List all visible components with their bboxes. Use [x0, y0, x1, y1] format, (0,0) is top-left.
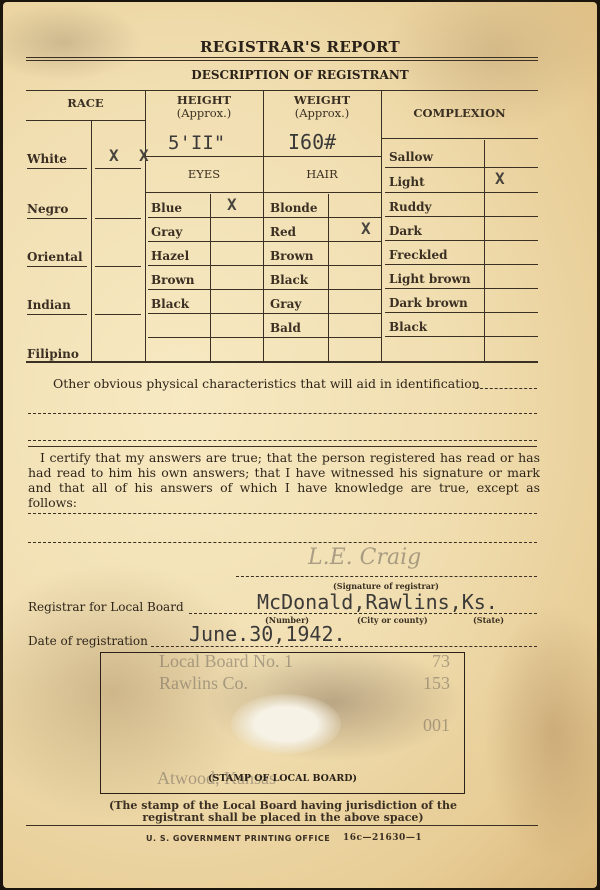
- eyes-black-label: Black: [151, 297, 189, 311]
- row-rule: [95, 314, 141, 315]
- local-board-value[interactable]: McDonald,Rawlins,Ks.: [257, 590, 498, 614]
- footer-rule: [26, 825, 538, 826]
- complexion-ruddy-label: Ruddy: [389, 200, 431, 214]
- eyes-header: EYES: [145, 168, 263, 181]
- hair-red-label: Red: [270, 225, 296, 239]
- eyes-blue-label: Blue: [151, 201, 182, 215]
- local-board-state-caption: (State): [473, 615, 504, 625]
- title-rule-bottom: [26, 60, 538, 61]
- eyes-hazel-label: Hazel: [151, 249, 189, 263]
- hair-red-mark: X: [361, 219, 371, 238]
- signature-line[interactable]: [236, 576, 537, 577]
- height-weight-rule: [145, 156, 381, 157]
- printing-office: U. S. GOVERNMENT PRINTING OFFICE: [146, 834, 330, 843]
- row-rule: [385, 216, 538, 217]
- complexion-mark-divider: [484, 140, 485, 361]
- section-subtitle: DESCRIPTION OF REGISTRANT: [3, 68, 597, 82]
- eyes-blue-mark: X: [227, 195, 237, 214]
- local-board-label: Registrar for Local Board: [28, 600, 184, 615]
- stamp-line-1-number: 73: [432, 651, 450, 672]
- complexion-header-rule: [381, 138, 538, 139]
- hair-blonde-label: Blonde: [270, 201, 317, 215]
- exceptions-line-2[interactable]: [28, 542, 537, 543]
- height-divider: [263, 90, 264, 361]
- document-title: REGISTRAR'S REPORT: [3, 38, 597, 56]
- race-oriental-label: Oriental: [27, 250, 83, 264]
- row-rule: [385, 264, 538, 265]
- table-bottom-border: [26, 361, 538, 363]
- row-rule: [95, 218, 141, 219]
- registrar-signature: L.E. Craig: [308, 545, 421, 570]
- stamp-line-2: Rawlins Co.: [159, 673, 248, 694]
- registration-date-line: [151, 646, 537, 647]
- section-rule: [28, 446, 537, 447]
- complexion-light-brown-label: Light brown: [389, 272, 471, 286]
- weight-value: I60#: [288, 130, 336, 154]
- complexion-light-label: Light: [389, 175, 425, 189]
- registrar-report-card: REGISTRAR'S REPORT DESCRIPTION OF REGIST…: [3, 2, 597, 888]
- eyes-brown-label: Brown: [151, 273, 195, 287]
- eyes-gray-label: Gray: [151, 225, 182, 239]
- hair-brown-label: Brown: [270, 249, 314, 263]
- race-white-mark: X: [109, 146, 119, 165]
- stamp-line-3-number: 001: [423, 715, 450, 736]
- race-header-rule: [26, 120, 145, 121]
- printing-code: 16c—21630—1: [343, 833, 422, 843]
- complexion-freckled-label: Freckled: [389, 248, 447, 262]
- race-filipino-label: Filipino: [27, 347, 79, 361]
- height-header: HEIGHT (Approx.): [145, 94, 263, 120]
- row-rule: [385, 192, 538, 193]
- row-rule: [95, 168, 141, 169]
- weight-header: WEIGHT (Approx.): [263, 94, 381, 120]
- registration-date-value[interactable]: June.30,1942.: [189, 622, 346, 646]
- row-rule: [148, 289, 381, 290]
- complexion-dark-brown-label: Dark brown: [389, 296, 468, 310]
- row-rule: [27, 218, 87, 219]
- hair-header: HAIR: [263, 168, 381, 181]
- complexion-header: COMPLEXION: [381, 107, 538, 120]
- hair-gray-label: Gray: [270, 297, 301, 311]
- race-negro-label: Negro: [27, 202, 68, 216]
- hair-mark-divider: [328, 194, 329, 361]
- eyes-mark-divider: [210, 194, 211, 361]
- other-characteristics-line-2[interactable]: [28, 413, 537, 414]
- row-rule: [385, 240, 538, 241]
- certification-text: I certify that my answers are true; that…: [28, 450, 540, 510]
- row-rule: [148, 337, 381, 338]
- race-mark-divider: [91, 120, 92, 361]
- height-value: 5'II": [168, 132, 225, 154]
- other-characteristics-field[interactable]: [475, 388, 537, 389]
- weight-divider: [381, 90, 382, 361]
- row-rule: [27, 314, 87, 315]
- race-indian-label: Indian: [27, 298, 71, 312]
- title-rule-top: [26, 57, 538, 58]
- other-characteristics-label: Other obvious physical characteristics t…: [53, 376, 480, 391]
- other-characteristics-line-3[interactable]: [28, 440, 537, 441]
- complexion-sallow-label: Sallow: [389, 150, 433, 164]
- stamp-caption: (STAMP OF LOCAL BOARD): [101, 773, 464, 784]
- hair-black-label: Black: [270, 273, 308, 287]
- race-header: RACE: [26, 97, 145, 110]
- local-board-city-caption: (City or county): [357, 615, 428, 625]
- row-rule: [148, 265, 381, 266]
- race-white-label: White: [27, 152, 67, 166]
- race-divider: [145, 90, 146, 361]
- stamp-line-1: Local Board No. 1: [159, 651, 293, 672]
- complexion-dark-label: Dark: [389, 224, 422, 238]
- row-rule: [95, 266, 141, 267]
- row-rule: [385, 312, 538, 313]
- row-rule: [27, 168, 87, 169]
- row-rule: [385, 288, 538, 289]
- row-rule: [385, 167, 538, 168]
- row-rule: [148, 241, 381, 242]
- table-top-border: [26, 90, 538, 91]
- stamp-note: (The stamp of the Local Board having jur…: [93, 800, 473, 824]
- exceptions-line-1[interactable]: [28, 513, 537, 514]
- row-rule: [148, 313, 381, 314]
- row-rule: [385, 336, 538, 337]
- stamp-line-2-number: 153: [423, 673, 450, 694]
- hair-bald-label: Bald: [270, 321, 301, 335]
- complexion-black-label: Black: [389, 320, 427, 334]
- row-rule: [148, 217, 381, 218]
- local-board-stamp-box: Local Board No. 1 73 Rawlins Co. 153 001…: [100, 652, 465, 794]
- complexion-light-mark: X: [495, 169, 505, 188]
- registration-date-label: Date of registration: [28, 634, 148, 649]
- row-rule: [27, 266, 87, 267]
- eyes-hair-header-rule: [145, 192, 381, 193]
- race-extra-mark: X: [139, 146, 149, 165]
